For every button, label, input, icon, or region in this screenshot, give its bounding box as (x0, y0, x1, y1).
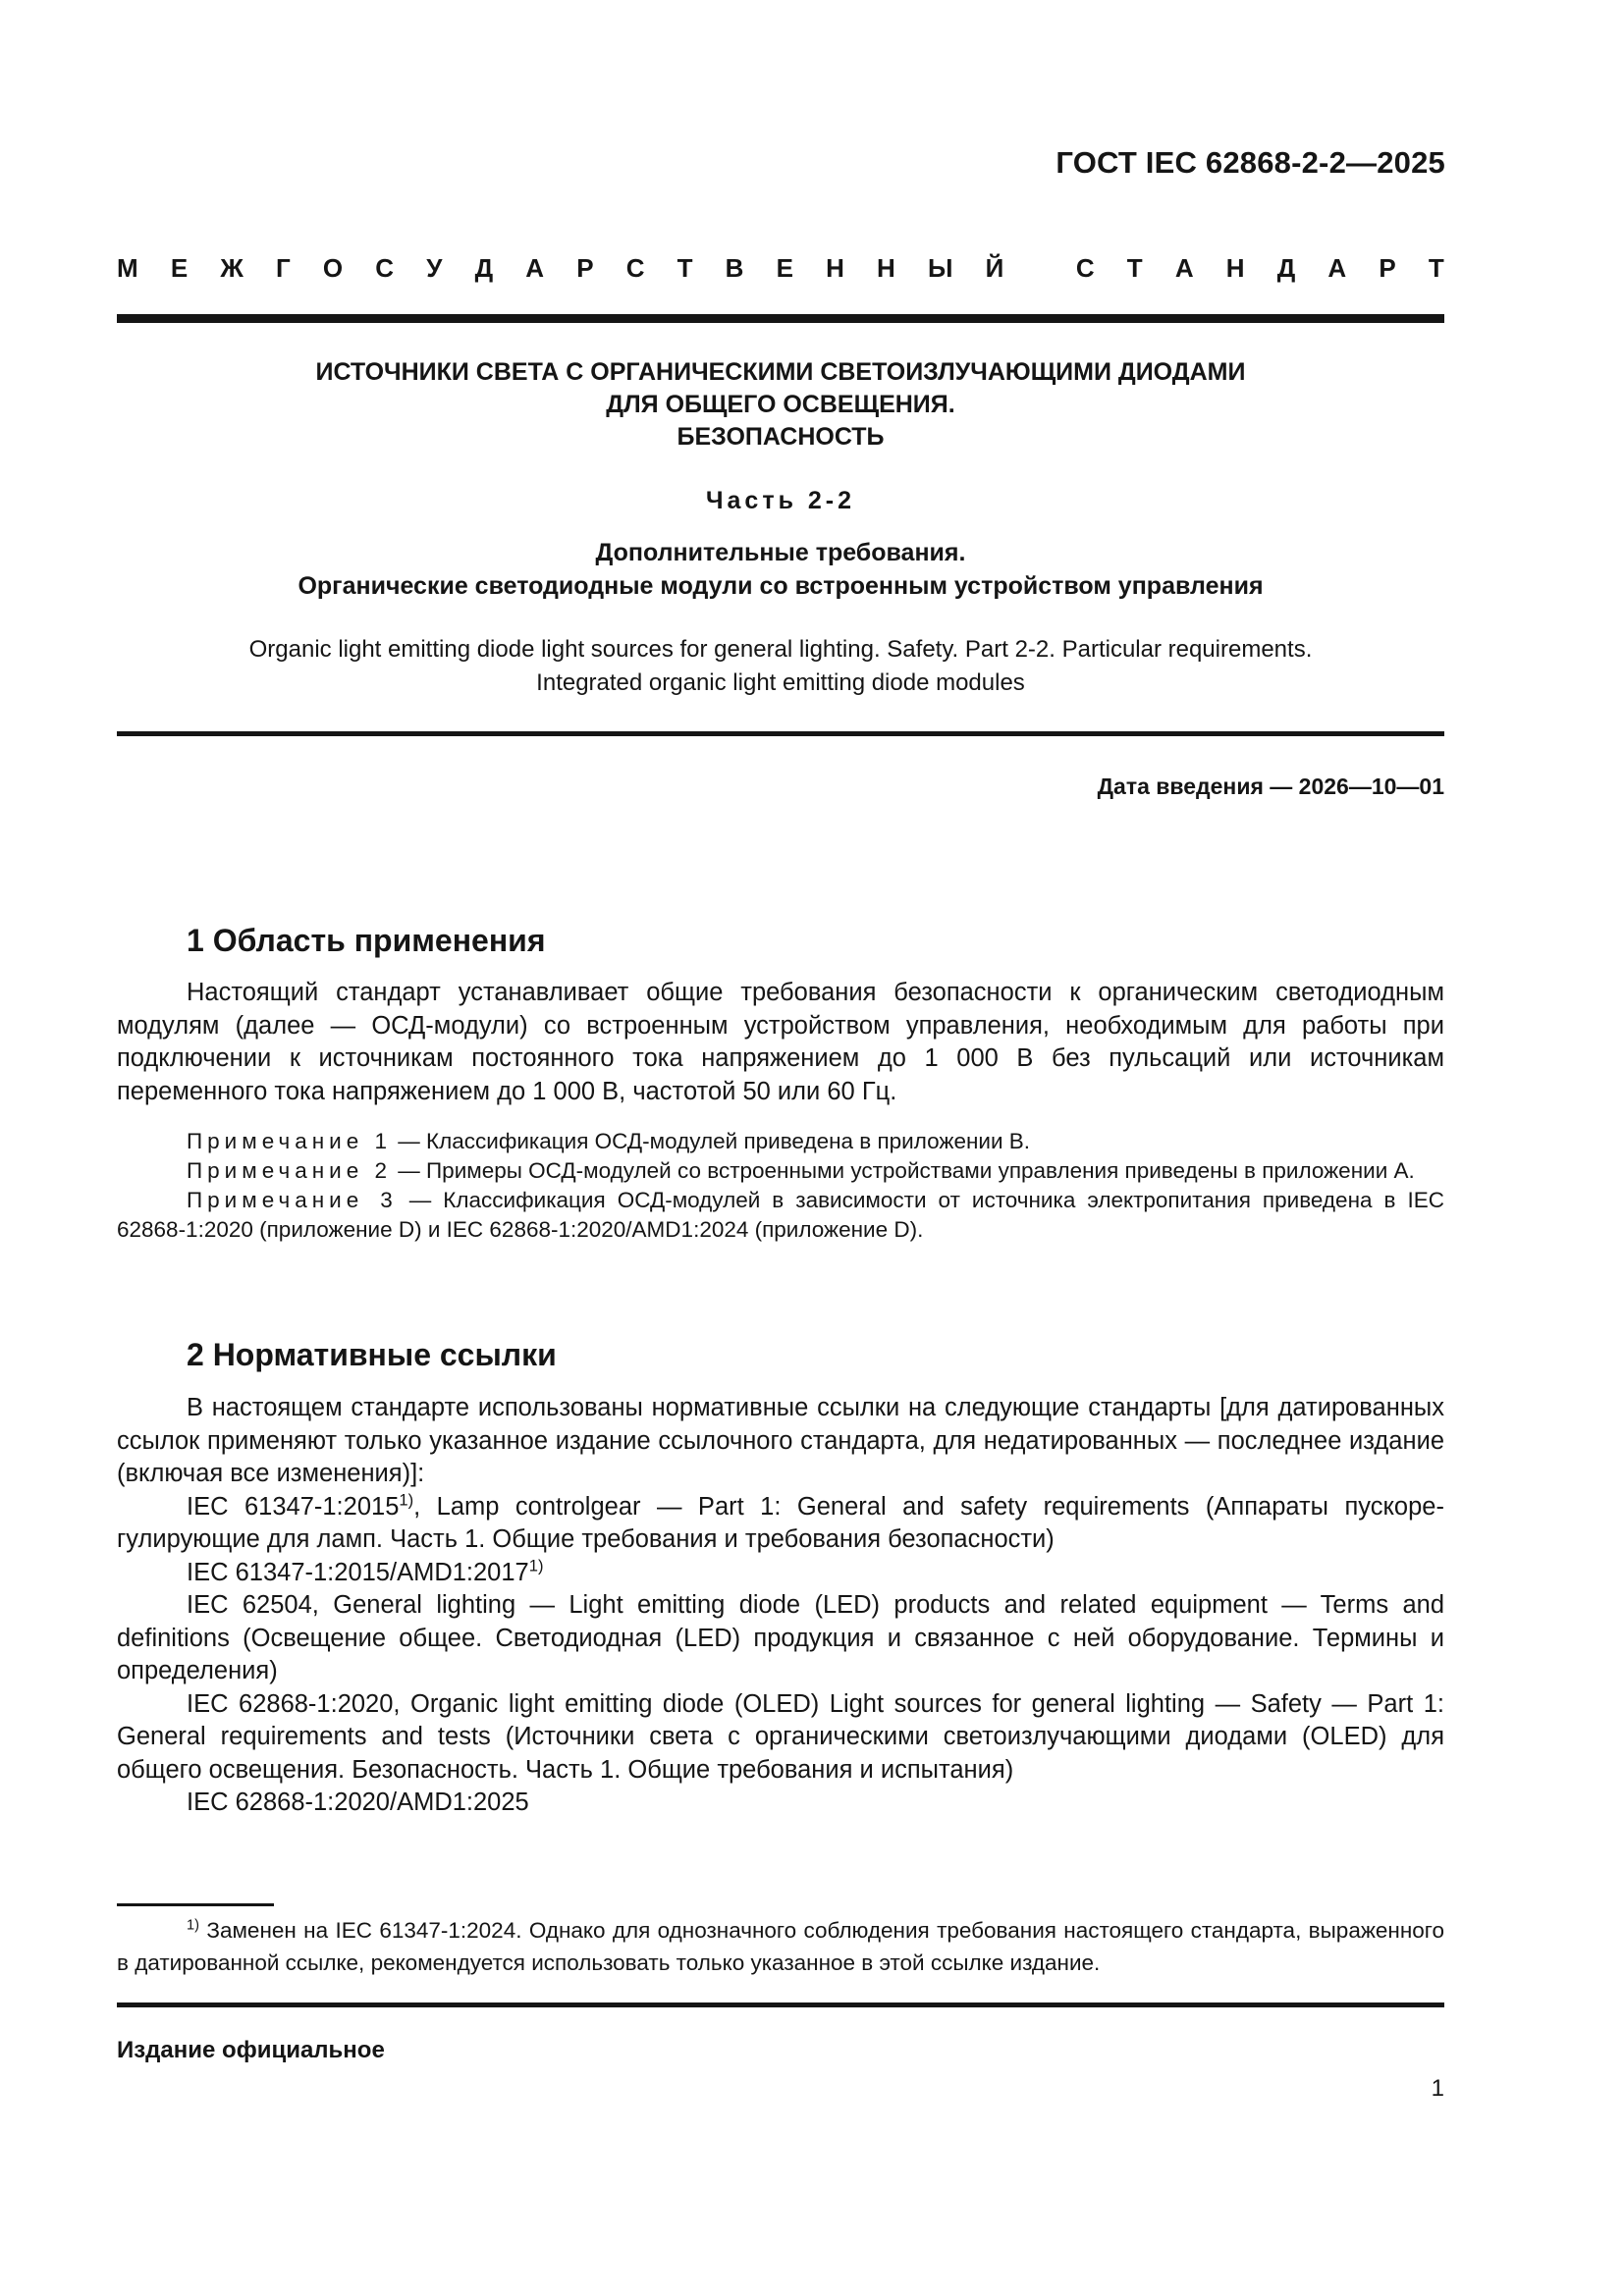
introduction-date: Дата введения — 2026—10—01 (1098, 774, 1444, 800)
note-label: Примечание 3 (187, 1188, 398, 1212)
document-title: ИСТОЧНИКИ СВЕТА С ОРГАНИЧЕСКИМИ СВЕТОИЗЛ… (117, 356, 1444, 454)
label-letter: С (375, 253, 394, 284)
note: Примечание 3 — Классификация ОСД-модулей… (117, 1186, 1444, 1245)
label-letter: А (1327, 253, 1346, 284)
reference-code: IEC 62504 (187, 1591, 312, 1619)
reference-code: IEC 62868-1:2020 (187, 1690, 393, 1718)
header-rule (117, 314, 1444, 323)
subtitle-line: Органические светодиодные модули со встр… (117, 569, 1444, 603)
label-letter: Р (576, 253, 593, 284)
english-title: Organic light emitting diode light sourc… (117, 633, 1444, 700)
label-letter: А (1175, 253, 1194, 284)
reference-title: , General lighting — Light emitting diod… (117, 1591, 1444, 1684)
subtitle-line: Дополнительные требования. (117, 536, 1444, 569)
scope-paragraph: Настоящий стандарт устанавливает общие т… (117, 977, 1444, 1108)
reference-code: IEC 61347-1:2015 (187, 1493, 399, 1521)
footnote-marker: 1) (187, 1918, 199, 1934)
label-letter: Й (986, 253, 1004, 284)
references-body: В настоящем стандарте использованы норма… (117, 1392, 1444, 1820)
reference-item: IEC 62504, General lighting — Light emit… (117, 1589, 1444, 1688)
label-letter: Т (677, 253, 693, 284)
footnote-ref[interactable]: 1) (529, 1556, 544, 1575)
document-subtitle: Дополнительные требования. Органические … (117, 536, 1444, 603)
label-letter: Н (1226, 253, 1245, 284)
label-letter: В (726, 253, 744, 284)
label-letter: Р (1379, 253, 1395, 284)
label-letter: М (117, 253, 138, 284)
section-heading-scope: 1 Область применения (187, 923, 546, 959)
title-line: ДЛЯ ОБЩЕГО ОСВЕЩЕНИЯ. (117, 389, 1444, 421)
title-line: БЕЗОПАСНОСТЬ (117, 421, 1444, 454)
label-letter: Н (877, 253, 895, 284)
title-line: ИСТОЧНИКИ СВЕТА С ОРГАНИЧЕСКИМИ СВЕТОИЗЛ… (117, 356, 1444, 389)
label-letter: Т (1429, 253, 1444, 284)
label-gap (1036, 253, 1043, 284)
label-letter: Д (475, 253, 494, 284)
page-number: 1 (1432, 2075, 1444, 2103)
reference-item: IEC 62868-1:2020, Organic light emitting… (117, 1688, 1444, 1788)
reference-item: IEC 61347-1:20151), Lamp controlgear — P… (117, 1491, 1444, 1557)
paragraph: Настоящий стандарт устанавливает общие т… (117, 977, 1444, 1108)
label-letter: Н (826, 253, 844, 284)
english-title-line: Organic light emitting diode light sourc… (117, 633, 1444, 667)
english-title-line: Integrated organic light emitting diode … (117, 667, 1444, 700)
part-label: Часть 2-2 (117, 487, 1444, 515)
standard-code: ГОСТ IEC 62868-2-2—2025 (1056, 145, 1445, 181)
footnote: 1) Заменен на IEC 61347-1:2024. Однако д… (117, 1914, 1444, 1979)
note: Примечание 2 — Примеры ОСД-модулей со вс… (117, 1156, 1444, 1186)
label-letter: Д (1277, 253, 1296, 284)
scope-notes: Примечание 1 — Классификация ОСД-модулей… (117, 1127, 1444, 1245)
label-letter: С (1076, 253, 1095, 284)
references-intro: В настоящем стандарте использованы норма… (117, 1392, 1444, 1491)
reference-item: IEC 61347-1:2015/AMD1:20171) (117, 1557, 1444, 1590)
label-letter: О (323, 253, 343, 284)
label-letter: Е (171, 253, 188, 284)
note-text: — Примеры ОСД-модулей со встроенными уст… (392, 1158, 1415, 1183)
reference-list: IEC 61347-1:20151), Lamp controlgear — P… (117, 1491, 1444, 1820)
label-letter: Г (276, 253, 291, 284)
note-text: — Классификация ОСД-модулей приведена в … (392, 1129, 1030, 1153)
label-letter: Т (1127, 253, 1143, 284)
note-label: Примечание 2 (187, 1158, 392, 1183)
note-label: Примечание 1 (187, 1129, 392, 1153)
reference-item: IEC 62868-1:2020/AMD1:2025 (117, 1787, 1444, 1820)
document-page: ГОСТ IEC 62868-2-2—2025 МЕЖГОСУДАРСТВЕНН… (0, 0, 1624, 2296)
label-letter: Е (777, 253, 793, 284)
note: Примечание 1 — Классификация ОСД-модулей… (117, 1127, 1444, 1156)
label-letter: Ы (928, 253, 952, 284)
label-letter: А (525, 253, 544, 284)
interstate-standard-label: МЕЖГОСУДАРСТВЕННЫЙ СТАНДАРТ (117, 253, 1444, 284)
reference-code: IEC 62868-1:2020/AMD1:2025 (187, 1789, 529, 1816)
section-heading-normative-references: 2 Нормативные ссылки (187, 1337, 557, 1373)
footnote-separator (117, 1903, 274, 1906)
footnote-text: Заменен на IEC 61347-1:2024. Однако для … (117, 1918, 1444, 1975)
title-rule (117, 731, 1444, 736)
label-letter: У (426, 253, 442, 284)
label-letter: Ж (220, 253, 244, 284)
footnote-ref[interactable]: 1) (399, 1490, 413, 1509)
label-letter: С (626, 253, 645, 284)
official-edition-label: Издание официальное (117, 2037, 385, 2064)
footer-rule (117, 2002, 1444, 2007)
reference-code: IEC 61347-1:2015/AMD1:2017 (187, 1559, 529, 1586)
